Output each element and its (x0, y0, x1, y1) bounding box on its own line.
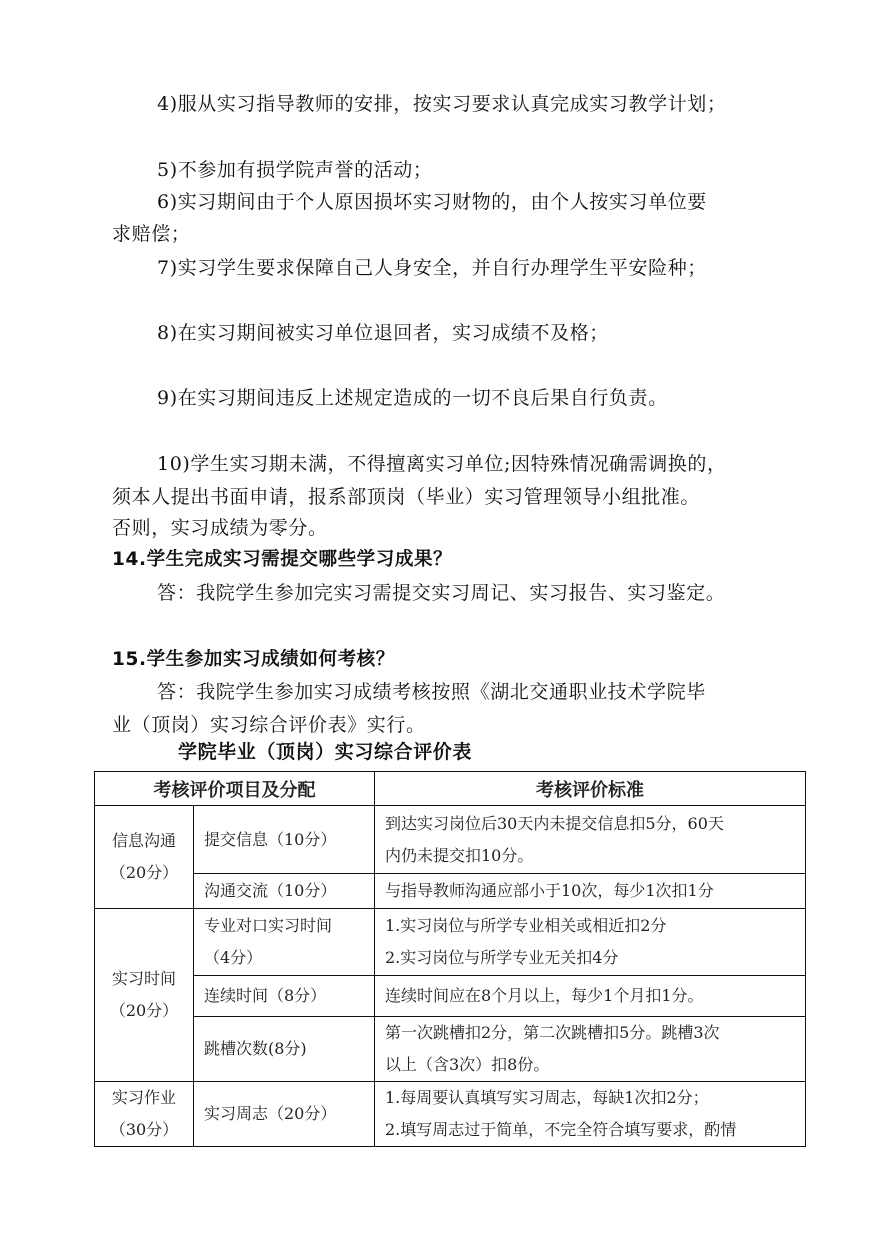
header-items: 考核评价项目及分配 (95, 772, 375, 806)
criteria-line: 以上（含3次）扣8份。 (385, 1049, 795, 1081)
table-title: 学院毕业（顶岗）实习综合评价表 (178, 740, 472, 764)
item-cell: 沟通交流（10分） (194, 874, 375, 909)
question-14-answer: 答：我院学生参加完实习需提交实习周记、实习报告、实习鉴定。 (157, 581, 725, 605)
item-cell: 实习周志（20分） (194, 1082, 375, 1147)
criteria-line: 2.实习岗位与所学专业无关扣4分 (385, 942, 795, 974)
item-cell: 专业对口实习时间 （4分） (194, 909, 375, 976)
category-points: （30分） (105, 1114, 183, 1146)
item-cell: 提交信息（10分） (194, 806, 375, 874)
criteria-cell: 第一次跳槽扣2分，第二次跳槽扣5分。跳槽3次 以上（含3次）扣8份。 (375, 1017, 806, 1082)
paragraph-rule-6: 6)实习期间由于个人原因损坏实习财物的，由个人按实习单位要 (157, 190, 707, 214)
criteria-line: 内仍未提交扣10分。 (385, 840, 795, 872)
paragraph-rule-6-cont: 求赔偿； (112, 222, 190, 246)
criteria-cell: 到达实习岗位后30天内未提交信息扣5分，60天 内仍未提交扣10分。 (375, 806, 806, 874)
category-points: （20分） (105, 857, 183, 889)
criteria-cell: 1.实习岗位与所学专业相关或相近扣2分 2.实习岗位与所学专业无关扣4分 (375, 909, 806, 976)
question-14-heading: 14.学生完成实习需提交哪些学习成果？ (112, 548, 452, 572)
criteria-line: 到达实习岗位后30天内未提交信息扣5分，60天 (385, 808, 795, 840)
criteria-line: 1.实习岗位与所学专业相关或相近扣2分 (385, 910, 795, 942)
paragraph-rule-9: 9)在实习期间违反上述规定造成的一切不良后果自行负责。 (157, 386, 668, 410)
category-cell: 实习作业 （30分） (95, 1082, 194, 1147)
paragraph-rule-10: 10)学生实习期未满，不得擅离实习单位;因特殊情况确需调换的， (157, 452, 727, 476)
table-row: 跳槽次数(8分) 第一次跳槽扣2分，第二次跳槽扣5分。跳槽3次 以上（含3次）扣… (95, 1017, 806, 1082)
paragraph-rule-10-cont1: 须本人提出书面申请，报系部顶岗（毕业）实习管理领导小组批准。 (112, 485, 700, 509)
category-cell: 实习时间 （20分） (95, 909, 194, 1082)
question-15-answer: 答：我院学生参加实习成绩考核按照《湖北交通职业技术学院毕 (157, 680, 706, 704)
table-row: 实习作业 （30分） 实习周志（20分） 1.每周要认真填写实习周志，每缺1次扣… (95, 1082, 806, 1147)
criteria-cell: 与指导教师沟通应部小于10次，每少1次扣1分 (375, 874, 806, 909)
paragraph-rule-4: 4)服从实习指导教师的安排，按实习要求认真完成实习教学计划； (157, 92, 727, 116)
table-row: 连续时间（8分） 连续时间应在8个月以上，每少1个月扣1分。 (95, 976, 806, 1017)
criteria-line: 1.每周要认真填写实习周志，每缺1次扣2分； (385, 1082, 795, 1114)
evaluation-table: 考核评价项目及分配 考核评价标准 信息沟通 （20分） 提交信息（10分） 到达… (94, 771, 806, 1147)
criteria-line: 2.填写周志过于简单，不完全符合填写要求，酌情 (385, 1114, 795, 1146)
header-criteria: 考核评价标准 (375, 772, 806, 806)
criteria-line: 第一次跳槽扣2分，第二次跳槽扣5分。跳槽3次 (385, 1017, 795, 1049)
item-line: 专业对口实习时间 (204, 910, 364, 942)
paragraph-rule-10-cont2: 否则，实习成绩为零分。 (112, 516, 328, 540)
table-row: 沟通交流（10分） 与指导教师沟通应部小于10次，每少1次扣1分 (95, 874, 806, 909)
paragraph-rule-5: 5)不参加有损学院声誉的活动； (157, 158, 433, 182)
table-row: 实习时间 （20分） 专业对口实习时间 （4分） 1.实习岗位与所学专业相关或相… (95, 909, 806, 976)
question-15-heading: 15.学生参加实习成绩如何考核？ (112, 648, 395, 672)
table-header-row: 考核评价项目及分配 考核评价标准 (95, 772, 806, 806)
item-cell: 跳槽次数(8分) (194, 1017, 375, 1082)
category-name: 信息沟通 (105, 825, 183, 857)
paragraph-rule-7: 7)实习学生要求保障自己人身安全，并自行办理学生平安险种； (157, 256, 707, 280)
category-name: 实习时间 (105, 963, 183, 995)
item-line: （4分） (204, 942, 364, 974)
item-cell: 连续时间（8分） (194, 976, 375, 1017)
category-points: （20分） (105, 995, 183, 1027)
table-row: 信息沟通 （20分） 提交信息（10分） 到达实习岗位后30天内未提交信息扣5分… (95, 806, 806, 874)
criteria-cell: 1.每周要认真填写实习周志，每缺1次扣2分； 2.填写周志过于简单，不完全符合填… (375, 1082, 806, 1147)
category-name: 实习作业 (105, 1082, 183, 1114)
question-15-answer-cont: 业（顶岗）实习综合评价表》实行。 (112, 713, 426, 737)
criteria-cell: 连续时间应在8个月以上，每少1个月扣1分。 (375, 976, 806, 1017)
paragraph-rule-8: 8)在实习期间被实习单位退回者，实习成绩不及格； (157, 321, 609, 345)
category-cell: 信息沟通 （20分） (95, 806, 194, 909)
